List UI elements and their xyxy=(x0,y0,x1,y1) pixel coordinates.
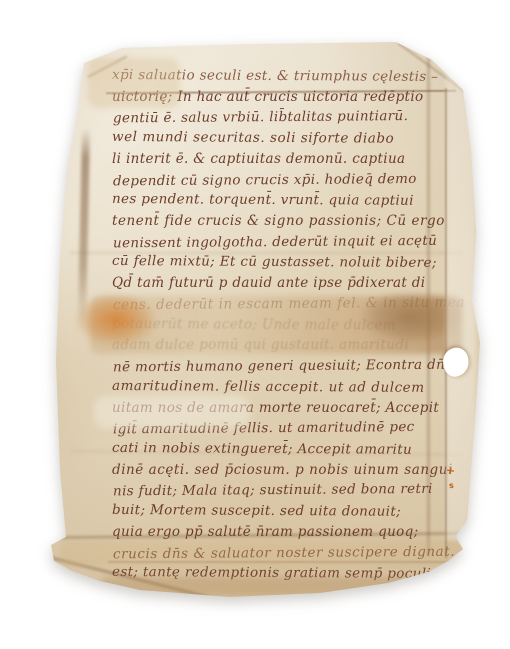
text-line: uictorię; In hac aut̄ crucis uictoria re… xyxy=(112,87,462,108)
text-line: nis fudit; Mala itaq; sustinuit. sed bon… xyxy=(113,479,463,502)
text-line: dinē acęti. sed p̄ciosum. p nobis uinum … xyxy=(112,460,462,481)
parchment-shadow: xp̄i saluatio seculi est. & triumphus cę… xyxy=(0,0,510,649)
text-line: gentiū ē. salus vrbiū. lib̄talitas puint… xyxy=(113,106,463,129)
text-line: amaritudinem. fellis accepit. ut ad dulc… xyxy=(112,376,462,399)
text-line: igit̄ amaritudinē fellis. ut amaritudinē… xyxy=(113,417,463,440)
text-line: wel mundi securitas. soli siforte diabo xyxy=(112,127,462,150)
text-line: uitam nos de amara morte reuocaret̄; Acc… xyxy=(112,398,462,419)
marginal-cross-mark: + xyxy=(445,463,456,477)
text-line: quia ergo pp̄ salutē n̄ram passionem quo… xyxy=(112,522,462,543)
text-line: Qd̄ tam̄ futurū p dauid ante ipse p̄dixe… xyxy=(112,273,462,294)
text-line: nē mortis humano generi quesiuit; Econtr… xyxy=(113,355,463,378)
crease-left-vertical xyxy=(78,128,90,324)
text-line: buit; Mortem suscepit. sed uita donauit; xyxy=(112,500,462,523)
text-line: li interit ē. & captiuitas demonū. capti… xyxy=(112,149,462,170)
manuscript-photo: xp̄i saluatio seculi est. & triumphus cę… xyxy=(0,0,510,649)
text-line-faded: adam dulce pomū qui gustauit. amaritudi xyxy=(112,335,462,356)
text-line: cū felle mixtū; Et cū gustasset. noluit … xyxy=(112,251,462,274)
text-line: crucis dn̄s & saluator noster suscipere … xyxy=(113,541,463,564)
text-block: xp̄i saluatio seculi est. & triumphus cę… xyxy=(112,66,462,584)
text-line-faded: cens. dederūt in escam meam fel. & in si… xyxy=(113,293,463,316)
text-line: xp̄i saluatio seculi est. & triumphus cę… xyxy=(112,65,462,88)
text-line: est; tantę redemptionis gratiam semp̄ po… xyxy=(112,562,462,585)
text-line-faded: potauerūt me aceto; Unde male dulcem xyxy=(112,314,462,337)
text-line: nes pendent. torquent̄. vrunt̄. quia cap… xyxy=(112,189,462,212)
parchment-leaf: xp̄i saluatio seculi est. & triumphus cę… xyxy=(0,0,510,649)
text-line: dependit cū signo crucis xp̄i. hodieq̄ d… xyxy=(113,168,463,191)
marginal-squiggle-mark: s xyxy=(449,481,455,490)
text-line: tenent̄ fide crucis & signo passionis; C… xyxy=(112,211,462,232)
text-line: cati in nobis extingueret̄; Accepit amar… xyxy=(112,438,462,461)
